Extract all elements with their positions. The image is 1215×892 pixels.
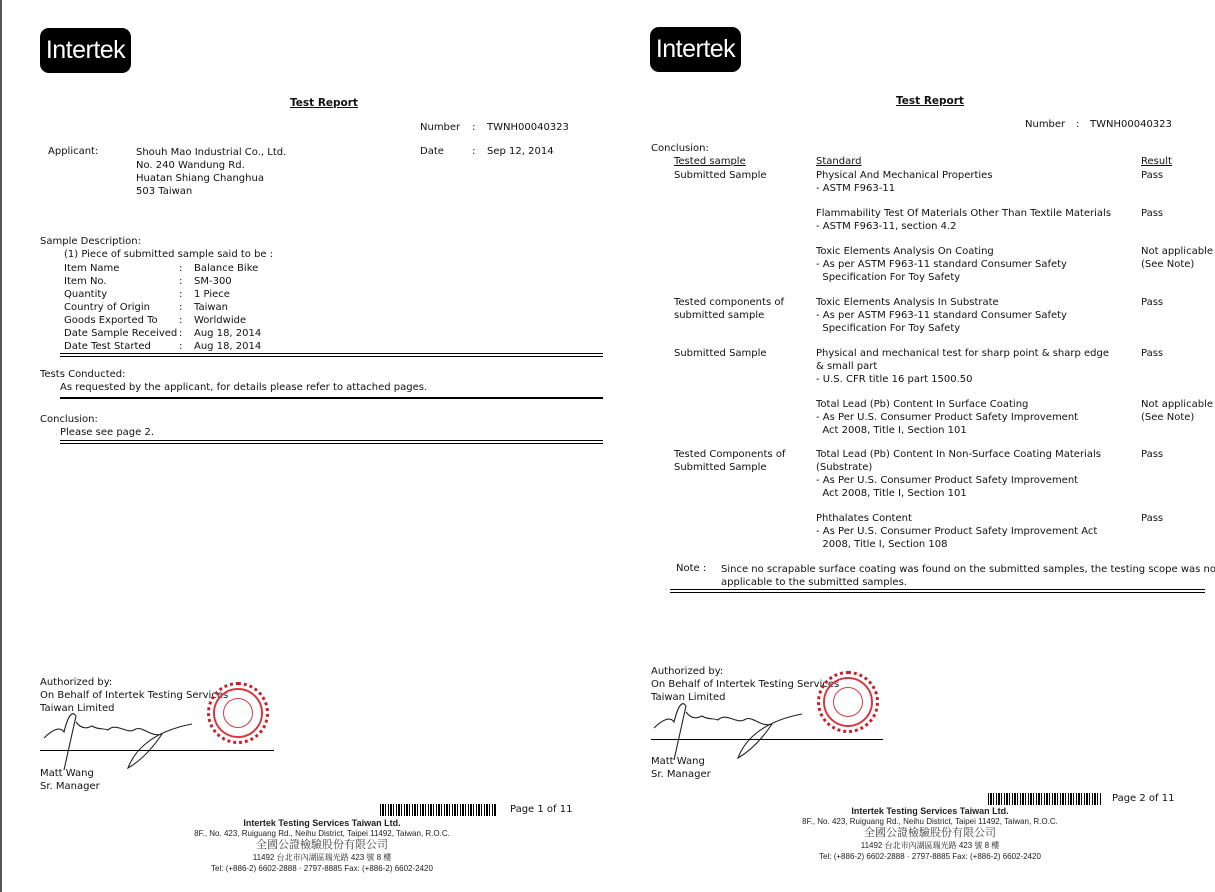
date-label: Date <box>420 146 444 157</box>
standard-cell-line: - U.S. CFR title 16 part 1500.50 <box>816 373 1109 386</box>
footer: Intertek Testing Services Taiwan Ltd. 8F… <box>730 806 1130 862</box>
standard-cell: Total Lead (Pb) Content In Surface Coati… <box>816 398 1078 437</box>
standard-cell-line: Act 2008, Title I, Section 101 <box>816 487 1101 500</box>
page-indicator: Page 2 of 11 <box>1112 793 1174 804</box>
footer-contact: Tel: (+886-2) 6602-2888 · 2797-8885 Fax:… <box>122 863 522 874</box>
standard-cell-line: Flammability Test Of Materials Other Tha… <box>816 207 1111 220</box>
sample-field-row: Country of Origin:Taiwan <box>64 301 261 314</box>
sample-field-label: Goods Exported To <box>64 314 179 327</box>
applicant-line: Shouh Mao Industrial Co., Ltd. <box>136 146 286 159</box>
sample-fields: Item Name:Balance BikeItem No.:SM-300Qua… <box>64 262 261 353</box>
sample-field-row: Date Sample Received:Aug 18, 2014 <box>64 327 261 340</box>
result-cell-line: Not applicable <box>1141 245 1213 258</box>
sample-field-value: Aug 18, 2014 <box>194 327 261 340</box>
column-header-standard: Standard <box>816 156 862 167</box>
sample-field-label: Country of Origin <box>64 301 179 314</box>
result-cell-line: Pass <box>1141 512 1163 525</box>
sample-field-label: Item Name <box>64 262 179 275</box>
standard-cell-line: Specification For Toy Safety <box>816 271 1067 284</box>
authorized-by-label: Authorized by: <box>651 665 839 678</box>
tested-sample-cell-line: Submitted Sample <box>674 461 785 474</box>
footer-address: 8F., No. 423, Ruiguang Rd., Neihu Distri… <box>122 828 522 839</box>
footer-company-zh: 全國公證檢驗股份有限公司 <box>730 827 1130 840</box>
tested-sample-cell-line: Submitted Sample <box>674 347 767 360</box>
tested-sample-cell-line: Submitted Sample <box>674 169 767 182</box>
report-title: Test Report <box>290 97 358 109</box>
tested-sample-cell-line: Tested components of <box>674 296 784 309</box>
colon: : <box>179 314 194 327</box>
footer-contact: Tel: (+886-2) 6602-2888 · 2797-8885 Fax:… <box>730 851 1130 862</box>
sample-field-row: Goods Exported To:Worldwide <box>64 314 261 327</box>
standard-cell: Total Lead (Pb) Content In Non-Surface C… <box>816 448 1101 500</box>
authorization-block: Authorized by: On Behalf of Intertek Tes… <box>40 676 228 715</box>
result-cell-line: (See Note) <box>1141 258 1213 271</box>
standard-cell-line: - As per ASTM F963-11 standard Consumer … <box>816 258 1067 271</box>
standard-cell-line: - ASTM F963-11 <box>816 182 993 195</box>
colon: : <box>472 122 475 133</box>
standard-cell-line: Toxic Elements Analysis In Substrate <box>816 296 1067 309</box>
sample-field-row: Item Name:Balance Bike <box>64 262 261 275</box>
standard-cell-line: (Substrate) <box>816 461 1101 474</box>
signer-title: Sr. Manager <box>40 780 100 793</box>
result-cell-line: Pass <box>1141 169 1163 182</box>
sample-field-row: Quantity:1 Piece <box>64 288 261 301</box>
applicant-label: Applicant: <box>48 146 98 157</box>
conclusion-label: Conclusion: <box>40 414 98 425</box>
result-cell: Pass <box>1141 512 1163 525</box>
tested-sample-cell: Tested Components ofSubmitted Sample <box>674 448 785 474</box>
divider <box>60 353 603 357</box>
signer-block: Matt Wang Sr. Manager <box>40 767 100 793</box>
colon: : <box>179 327 194 340</box>
report-number: TWNH00040323 <box>1090 119 1172 130</box>
applicant-line: Huatan Shiang Changhua <box>136 172 286 185</box>
standard-cell: Toxic Elements Analysis On Coating- As p… <box>816 245 1067 284</box>
report-number: TWNH00040323 <box>487 122 569 133</box>
sample-field-value: SM-300 <box>194 275 261 288</box>
sample-field-label: Quantity <box>64 288 179 301</box>
tested-sample-cell: Submitted Sample <box>674 347 767 360</box>
signer-block: Matt Wang Sr. Manager <box>651 755 711 781</box>
signature-line <box>651 739 883 740</box>
authorized-by-label: Authorized by: <box>40 676 228 689</box>
standard-cell: Physical And Mechanical Properties- ASTM… <box>816 169 993 195</box>
intertek-logo: Intertek <box>40 28 131 73</box>
column-header-tested-sample: Tested sample <box>674 156 746 167</box>
result-cell-line: (See Note) <box>1141 411 1213 424</box>
standard-cell-line: Specification For Toy Safety <box>816 322 1067 335</box>
standard-cell: Flammability Test Of Materials Other Tha… <box>816 207 1111 233</box>
signer-title: Sr. Manager <box>651 768 711 781</box>
tests-conducted-label: Tests Conducted: <box>40 369 126 380</box>
divider <box>60 440 603 444</box>
authorization-block: Authorized by: On Behalf of Intertek Tes… <box>651 665 839 704</box>
sample-field-value: Balance Bike <box>194 262 261 275</box>
footer-address: 8F., No. 423, Ruiguang Rd., Neihu Distri… <box>730 816 1130 827</box>
number-label: Number <box>1025 119 1065 130</box>
divider <box>60 397 603 399</box>
colon: : <box>179 275 194 288</box>
report-date: Sep 12, 2014 <box>487 146 554 157</box>
sample-field-label: Date Sample Received <box>64 327 179 340</box>
standard-cell-line: - As Per U.S. Consumer Product Safety Im… <box>816 474 1101 487</box>
footer: Intertek Testing Services Taiwan Ltd. 8F… <box>122 818 522 874</box>
standard-cell-line: Total Lead (Pb) Content In Non-Surface C… <box>816 448 1101 461</box>
standard-cell: Phthalates Content- As Per U.S. Consumer… <box>816 512 1097 551</box>
conclusion-label: Conclusion: <box>651 143 709 154</box>
note-label: Note : <box>676 563 706 574</box>
number-label: Number <box>420 122 460 133</box>
footer-company: Intertek Testing Services Taiwan Ltd. <box>730 806 1130 816</box>
applicant-line: No. 240 Wandung Rd. <box>136 159 286 172</box>
standard-cell-line: - ASTM F963-11, section 4.2 <box>816 220 1111 233</box>
standard-cell-line: & small part <box>816 360 1109 373</box>
result-cell: Pass <box>1141 347 1163 360</box>
sample-field-value: 1 Piece <box>194 288 261 301</box>
report-title: Test Report <box>896 95 964 107</box>
standard-cell-line: Physical And Mechanical Properties <box>816 169 993 182</box>
result-cell-line: Pass <box>1141 207 1163 220</box>
standard-cell-line: Total Lead (Pb) Content In Surface Coati… <box>816 398 1078 411</box>
standard-cell-line: Physical and mechanical test for sharp p… <box>816 347 1109 360</box>
company-seal-icon <box>817 671 879 733</box>
footer-address-zh: 11492 台北市內湖區瑞光路 423 號 8 樓 <box>730 840 1130 851</box>
note-text: Since no scrapable surface coating was f… <box>721 563 1215 589</box>
sample-field-label: Date Test Started <box>64 340 179 353</box>
sample-field-row: Date Test Started:Aug 18, 2014 <box>64 340 261 353</box>
result-cell-line: Pass <box>1141 296 1163 309</box>
result-cell-line: Pass <box>1141 448 1163 461</box>
standard-cell-line: Phthalates Content <box>816 512 1097 525</box>
standard-cell-line: Toxic Elements Analysis On Coating <box>816 245 1067 258</box>
colon: : <box>179 262 194 275</box>
note-line: applicable to the submitted samples. <box>721 576 1215 589</box>
company-seal-icon <box>207 682 269 744</box>
barcode-icon <box>380 804 496 816</box>
divider <box>670 589 1205 593</box>
tested-sample-cell-line: Tested Components of <box>674 448 785 461</box>
footer-company-zh: 全國公證檢驗股份有限公司 <box>122 839 522 852</box>
signature-icon <box>42 712 202 774</box>
result-cell: Not applicable(See Note) <box>1141 398 1213 424</box>
page-indicator: Page 1 of 11 <box>510 804 572 815</box>
intertek-logo: Intertek <box>650 27 741 72</box>
standard-cell: Toxic Elements Analysis In Substrate- As… <box>816 296 1067 335</box>
standard-cell-line: 2008, Title I, Section 108 <box>816 538 1097 551</box>
standard-cell: Physical and mechanical test for sharp p… <box>816 347 1109 386</box>
colon: : <box>179 340 194 353</box>
result-cell: Pass <box>1141 207 1163 220</box>
sample-description-label: Sample Description: <box>40 236 141 247</box>
tested-sample-cell: Submitted Sample <box>674 169 767 182</box>
standard-cell-line: - As Per U.S. Consumer Product Safety Im… <box>816 411 1078 424</box>
sample-intro: (1) Piece of submitted sample said to be… <box>64 249 273 260</box>
colon: : <box>472 146 475 157</box>
result-cell: Pass <box>1141 448 1163 461</box>
sample-field-value: Aug 18, 2014 <box>194 340 261 353</box>
standard-cell-line: - As Per U.S. Consumer Product Safety Im… <box>816 525 1097 538</box>
footer-address-zh: 11492 台北市內湖區瑞光路 423 號 8 樓 <box>122 852 522 863</box>
note-line: Since no scrapable surface coating was f… <box>721 563 1215 576</box>
signature-line <box>40 750 274 751</box>
sample-field-label: Item No. <box>64 275 179 288</box>
colon: : <box>179 288 194 301</box>
sample-field-value: Worldwide <box>194 314 261 327</box>
colon: : <box>1076 119 1079 130</box>
result-cell-line: Not applicable <box>1141 398 1213 411</box>
result-cell: Pass <box>1141 169 1163 182</box>
result-cell-line: Pass <box>1141 347 1163 360</box>
signer-name: Matt Wang <box>651 755 711 768</box>
sample-field-value: Taiwan <box>194 301 261 314</box>
report-page-1: Intertek Test Report Number : TWNH000403… <box>0 0 610 892</box>
applicant-address: Shouh Mao Industrial Co., Ltd. No. 240 W… <box>136 146 286 198</box>
column-header-result: Result <box>1141 156 1172 167</box>
tests-conducted-text: As requested by the applicant, for detai… <box>60 382 427 393</box>
on-behalf-line: On Behalf of Intertek Testing Services <box>40 689 228 702</box>
tested-sample-cell: Tested components ofsubmitted sample <box>674 296 784 322</box>
conclusion-text: Please see page 2. <box>60 427 154 438</box>
colon: : <box>179 301 194 314</box>
standard-cell-line: - As per ASTM F963-11 standard Consumer … <box>816 309 1067 322</box>
report-page-2: Intertek Test Report Number : TWNH000403… <box>610 0 1215 892</box>
on-behalf-line: On Behalf of Intertek Testing Services <box>651 678 839 691</box>
result-cell: Pass <box>1141 296 1163 309</box>
result-cell: Not applicable(See Note) <box>1141 245 1213 271</box>
tested-sample-cell-line: submitted sample <box>674 309 784 322</box>
footer-company: Intertek Testing Services Taiwan Ltd. <box>122 818 522 828</box>
sample-field-row: Item No.:SM-300 <box>64 275 261 288</box>
standard-cell-line: Act 2008, Title I, Section 101 <box>816 424 1078 437</box>
applicant-line: 503 Taiwan <box>136 185 286 198</box>
signer-name: Matt Wang <box>40 767 100 780</box>
barcode-icon <box>988 793 1102 805</box>
